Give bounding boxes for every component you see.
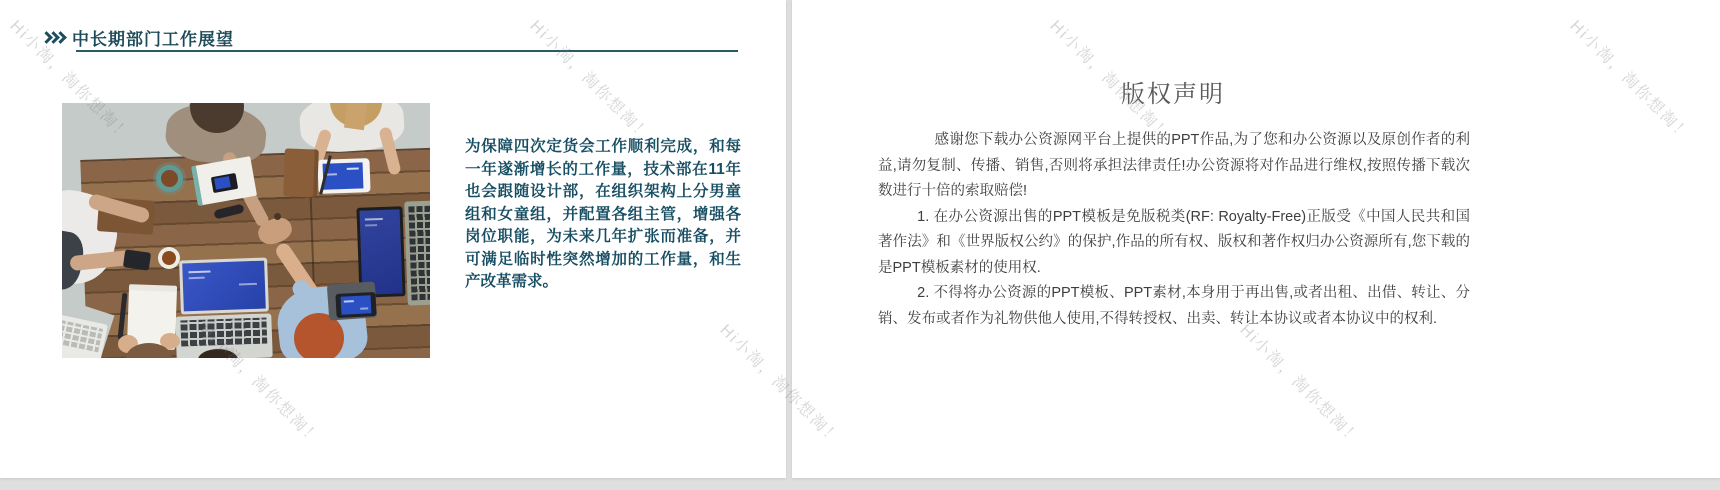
slide-title-row: 中长期部门工作展望: [42, 25, 234, 49]
slide-left: 中长期部门工作展望: [0, 0, 786, 478]
slide-title: 中长期部门工作展望: [72, 25, 234, 50]
copyright-paragraph: 2. 不得将办公资源的PPT模板、PPT素材,本身用于再出售,或者出租、出借、转…: [878, 281, 1470, 332]
triple-right-chevron-icon: [42, 33, 63, 42]
copyright-title: 版权声明: [878, 74, 1468, 109]
coffee-cup-teal: [156, 165, 183, 192]
copyright-body: 感谢您下载办公资源网平台上提供的PPT作品,为了您和办公资源以及原创作者的利益,…: [878, 128, 1470, 332]
tea-cup: [158, 247, 180, 269]
notebook-brown: [283, 148, 319, 197]
laptop-right-keyboard: [404, 200, 430, 305]
phone-left: [123, 249, 151, 270]
laptop-center-screen: [179, 257, 269, 314]
watch: [274, 213, 281, 220]
meeting-photo: [62, 103, 430, 358]
copyright-paragraph: 感谢您下载办公资源网平台上提供的PPT作品,为了您和办公资源以及原创作者的利益,…: [878, 128, 1470, 205]
copyright-paragraph: 1. 在办公资源出售的PPT模板是免版税类(RF: Royalty-Free)正…: [878, 205, 1470, 282]
tablet-bottom: [335, 292, 376, 318]
left-slide-body-text: 为保障四次定货会工作顺利完成，和每一年遂渐增长的工作量，技术部在11年也会跟随设…: [465, 136, 741, 294]
title-underline: [76, 50, 738, 52]
slide-right: 版权声明 感谢您下载办公资源网平台上提供的PPT作品,为了您和办公资源以及原创作…: [792, 0, 1720, 478]
